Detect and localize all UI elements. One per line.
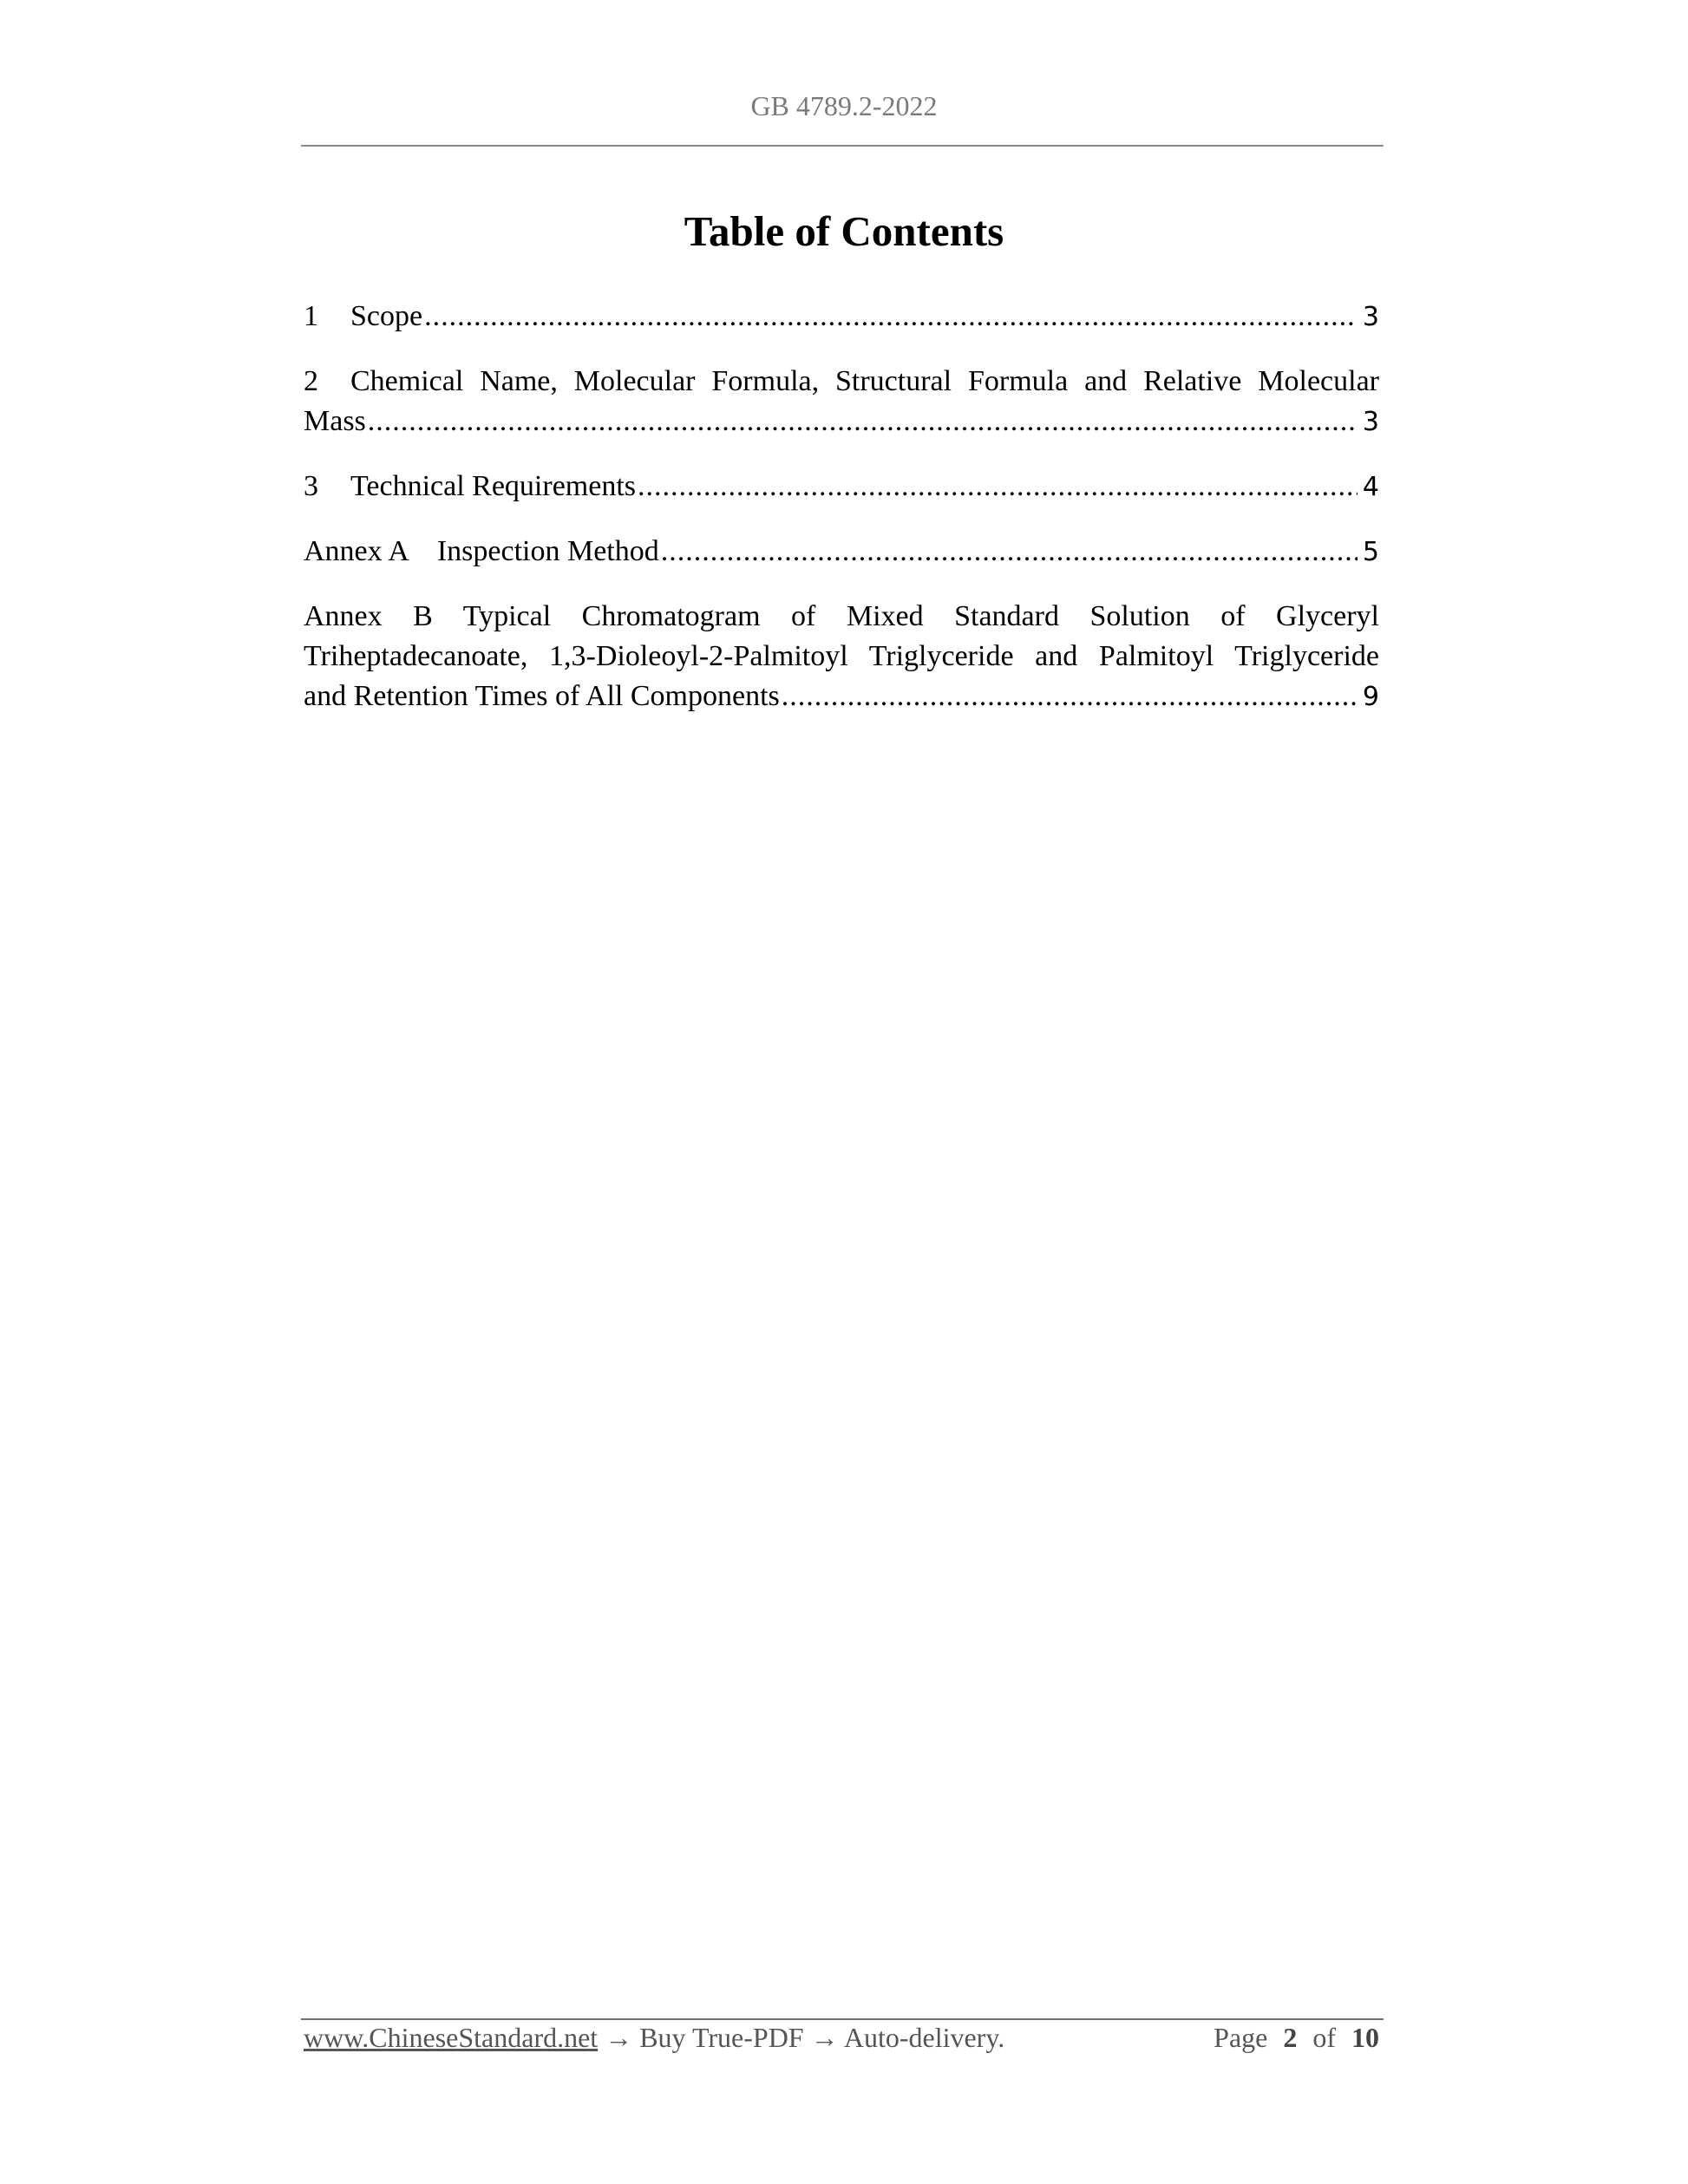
toc-entry-annex-a[interactable]: Annex A Inspection Method 5 xyxy=(304,532,1379,572)
footer-divider xyxy=(301,2018,1384,2020)
toc-entry-annex-b[interactable]: Annex B Typical Chromatogram of Mixed St… xyxy=(304,597,1379,717)
dot-leader xyxy=(782,677,1358,716)
page-indicator: Page 2 of 10 xyxy=(1214,2022,1379,2054)
toc-entry-number: 3 xyxy=(304,467,350,507)
toc-entry-label-line1[interactable]: Annex B Typical Chromatogram of Mixed St… xyxy=(304,597,1379,637)
toc-entry-page[interactable]: 9 xyxy=(1363,677,1379,717)
page-footer: www.ChineseStandard.net → Buy True-PDF →… xyxy=(304,2022,1379,2054)
page-title: Table of Contents xyxy=(0,206,1688,256)
toc-entry-page[interactable]: 5 xyxy=(1363,533,1379,572)
toc-entry-label-line3[interactable]: and Retention Times of All Components xyxy=(304,677,780,716)
arrow-right-icon: → xyxy=(811,2022,839,2053)
toc-entry-page[interactable]: 3 xyxy=(1363,298,1379,337)
toc-entry-label-line2[interactable]: Mass xyxy=(304,402,366,441)
toc-entry-number: 1 xyxy=(304,297,350,337)
website-link[interactable]: www.ChineseStandard.net xyxy=(304,2022,598,2053)
delivery-text: Auto-delivery. xyxy=(844,2022,1004,2053)
footer-promo: www.ChineseStandard.net → Buy True-PDF →… xyxy=(304,2022,1004,2054)
table-of-contents: 1 Scope 3 2Chemical Name, Molecular Form… xyxy=(304,297,1379,742)
dot-leader xyxy=(638,467,1358,507)
toc-entry-technical-requirements[interactable]: 3 Technical Requirements 4 xyxy=(304,467,1379,507)
header-divider xyxy=(301,145,1384,147)
toc-entry-page[interactable]: 3 xyxy=(1363,402,1379,442)
toc-entry-label[interactable]: Technical Requirements xyxy=(350,467,636,507)
page-current: 2 xyxy=(1283,2022,1297,2053)
running-header: GB 4789.2-2022 xyxy=(0,90,1688,122)
toc-entry-prefix: Annex A xyxy=(304,532,409,572)
toc-entry-page[interactable]: 4 xyxy=(1363,468,1379,507)
page-label: Page xyxy=(1214,2022,1267,2053)
dot-leader xyxy=(368,402,1358,441)
toc-entry-scope[interactable]: 1 Scope 3 xyxy=(304,297,1379,337)
toc-entry-label[interactable]: Inspection Method xyxy=(437,532,659,572)
arrow-right-icon: → xyxy=(605,2022,632,2053)
dot-leader xyxy=(424,297,1358,337)
toc-entry-number: 2 xyxy=(304,362,350,402)
toc-entry-chemical-name[interactable]: 2Chemical Name, Molecular Formula, Struc… xyxy=(304,362,1379,442)
page-total: 10 xyxy=(1351,2022,1379,2053)
toc-entry-label-line2[interactable]: Triheptadecanoate, 1,3-Dioleoyl-2-Palmit… xyxy=(304,637,1379,677)
dot-leader xyxy=(661,532,1358,572)
toc-entry-label-line1[interactable]: Chemical Name, Molecular Formula, Struct… xyxy=(350,365,1379,397)
buy-text: Buy True-PDF xyxy=(639,2022,803,2053)
toc-entry-label[interactable]: Scope xyxy=(350,297,422,337)
page-of: of xyxy=(1312,2022,1336,2053)
